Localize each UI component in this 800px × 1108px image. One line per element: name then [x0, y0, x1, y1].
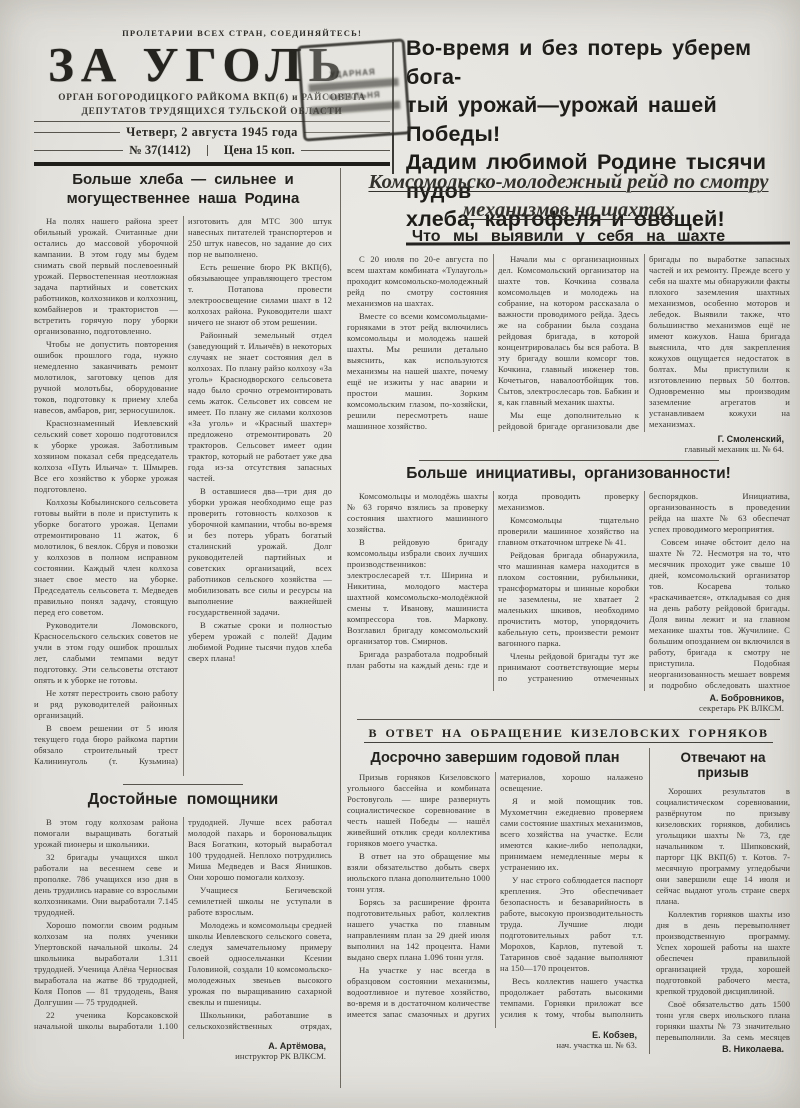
- signature-role: инструктор РК ВЛКСМ.: [189, 1051, 326, 1061]
- signature-role: секретарь РК ВЛКСМ.: [642, 703, 784, 713]
- paragraph: Районный земельный отдел (заведующий т. …: [188, 330, 332, 484]
- issue-row: № 37(1412) Цена 15 коп.: [34, 143, 390, 158]
- article-plan: Досрочно завершим годовой план Призыв го…: [347, 748, 643, 1054]
- paragraph: Комсомольцы тщательно проверили машинное…: [498, 515, 639, 548]
- signature-name: В. Николаева.: [656, 1044, 784, 1054]
- newspaper-page: ПРОЛЕТАРИИ ВСЕХ СТРАН, СОЕДИНЯЙТЕСЬ! ЗА …: [0, 0, 800, 1108]
- paragraph: У нас строго соблюдается паспорт креплен…: [500, 875, 643, 974]
- section-banner-text: В ОТВЕТ НА ОБРАЩЕНИЕ КИЗЕЛОВСКИХ ГОРНЯКО…: [364, 726, 772, 743]
- headline-line: механизмов на шахтах: [462, 199, 675, 221]
- headline-line: Комсомольско-молодежный рейд по смотру: [368, 171, 768, 193]
- left-column: Больше хлеба — сильнее и могущественнее …: [34, 168, 336, 1088]
- signature-role: нач. участка ш. № 63.: [501, 1040, 637, 1050]
- price: Цена 15 коп.: [224, 143, 295, 158]
- article-headline: Отвечают на призыв: [656, 750, 790, 780]
- paragraph: Коллектив горняков шахты изо дня в день …: [656, 909, 790, 997]
- paragraph: Есть решение бюро РК ВКП(б), обязывающее…: [188, 262, 332, 328]
- paragraph: В ответ на это обращение мы взяли обязат…: [347, 851, 490, 895]
- column-divider: [649, 748, 650, 1054]
- article-headline: Что мы выявили у себя на шахте: [347, 228, 790, 246]
- paragraph: Не хотят перестроить свою работу и ряд р…: [34, 688, 178, 721]
- article-initiative: Больше инициативы, организованности! Ком…: [347, 465, 790, 713]
- paragraph: В оставшиеся два—три дня до уборки урожа…: [188, 486, 332, 618]
- thick-rule: [34, 162, 390, 166]
- article-body: Хороших результатов в социалистическом с…: [656, 786, 790, 1042]
- article-helpers: Достойные помощники В этом году колхозам…: [34, 791, 332, 1061]
- paragraph: Борясь за расширение фронта подготовител…: [347, 897, 490, 963]
- rule: [419, 460, 719, 461]
- signature: А. Артёмова, инструктор РК ВЛКСМ.: [189, 1041, 332, 1061]
- paragraph: На полях нашего района зреет обильный ур…: [34, 216, 178, 337]
- signature: А. Бобровников, секретарь РК ВЛКСМ.: [642, 693, 790, 713]
- paragraph: Молодежь и комсомольцы средней школы Иев…: [188, 920, 332, 1008]
- signature: В. Николаева.: [656, 1044, 790, 1054]
- date-line: Четверг, 2 августа 1945 года: [126, 125, 298, 140]
- paragraph: 32 бригады учащихся школ работали на вес…: [34, 852, 178, 918]
- column-divider: [340, 168, 341, 1088]
- paragraph: Хорошо помогли своим родным колхозам на …: [34, 920, 178, 1008]
- signature-name: Е. Кобзев,: [501, 1030, 637, 1040]
- paragraph: Хороших результатов в социалистическом с…: [656, 786, 790, 907]
- signature-name: А. Артёмова,: [189, 1041, 326, 1051]
- article-headline: Больше хлеба — сильнее и могущественнее …: [34, 170, 332, 208]
- right-column: Комсомольско-молодежный рейд по смотру м…: [345, 168, 790, 1088]
- rule: [34, 132, 120, 133]
- rule: [123, 784, 243, 785]
- article-headline: Достойные помощники: [34, 791, 332, 809]
- banner-line: Во-время и без потерь уберем бога-: [406, 34, 790, 91]
- signature: Е. Кобзев, нач. участка ш. № 63.: [501, 1030, 643, 1050]
- article-body: В этом году колхозам района помогали выр…: [34, 817, 332, 1039]
- paragraph: Краснознаменный Иевлевский сельский сове…: [34, 418, 178, 495]
- paragraph: В сжатые сроки и полностью уберем урожай…: [188, 620, 332, 664]
- paragraph: Колхозы Кобылинского сельсовета готовы в…: [34, 497, 178, 618]
- paragraph: Учащиеся Бегичевской семилетней школы не…: [188, 885, 332, 918]
- paragraph: Призыв горняков Кизеловского угольного б…: [347, 772, 490, 849]
- signature: Г. Смоленский, главный механик ш. № 64.: [642, 434, 790, 454]
- paragraph: Начали мы с организационных дел. Комсомо…: [498, 254, 639, 408]
- bottom-section: Досрочно завершим годовой план Призыв го…: [347, 748, 790, 1054]
- rule: [34, 150, 123, 151]
- article-body: С 20 июля по 20-е августа по всем шахтам…: [347, 254, 790, 432]
- signature-name: А. Бобровников,: [642, 693, 784, 703]
- paragraph: В этом году колхозам района помогали выр…: [34, 817, 178, 850]
- article-body: На полях нашего района зреет обильный ур…: [34, 216, 332, 776]
- paragraph: Рейдовая бригада обнаружила, что машинна…: [498, 550, 639, 649]
- divider: [207, 145, 208, 156]
- article-body: Призыв горняков Кизеловского угольного б…: [347, 772, 643, 1028]
- paragraph: Я и мой помощник тов. Мухометчин ежеднев…: [500, 796, 643, 873]
- paragraph: С 20 июля по 20-е августа по всем шахтам…: [347, 254, 488, 309]
- article-bread: Больше хлеба — сильнее и могущественнее …: [34, 170, 332, 776]
- paragraph: В рейдовую бригаду комсомольцы избрали с…: [347, 537, 488, 647]
- article-headline: Досрочно завершим годовой план: [347, 750, 643, 766]
- section-banner: В ОТВЕТ НА ОБРАЩЕНИЕ КИЗЕЛОВСКИХ ГОРНЯКО…: [357, 719, 780, 742]
- paragraph: Чтобы не допустить повторения ошибок про…: [34, 339, 178, 416]
- signature-name: Г. Смоленский,: [642, 434, 784, 444]
- signature-role: главный механик ш. № 64.: [642, 444, 784, 454]
- article-headline: Больше инициативы, организованности!: [347, 465, 790, 483]
- article-answer: Отвечают на призыв Хороших результатов в…: [656, 748, 790, 1054]
- article-body: Комсомольцы и молодёжь шахты № 63 горячо…: [347, 491, 790, 691]
- library-stamp: УДАРНАЯ ЧИТАЛЬНЯ: [297, 38, 411, 141]
- main-content: Больше хлеба — сильнее и могущественнее …: [34, 168, 790, 1088]
- rule: [301, 150, 390, 151]
- article-raid: Комсомольско-молодежный рейд по смотру м…: [347, 168, 790, 454]
- section-headline-italic: Комсомольско-молодежный рейд по смотру м…: [347, 168, 790, 224]
- issue-number: № 37(1412): [129, 143, 191, 158]
- paragraph: Руководители Ломовского, Красносельского…: [34, 620, 178, 686]
- paragraph: Комсомольцы и молодёжь шахты № 63 горячо…: [347, 491, 488, 535]
- paragraph: Вместе со всеми комсомольцами-горняками …: [347, 311, 488, 432]
- paragraph: Своё обязательство дать 1500 тонн угля с…: [656, 999, 790, 1042]
- banner-line: тый урожай—урожай нашей Победы!: [406, 91, 790, 148]
